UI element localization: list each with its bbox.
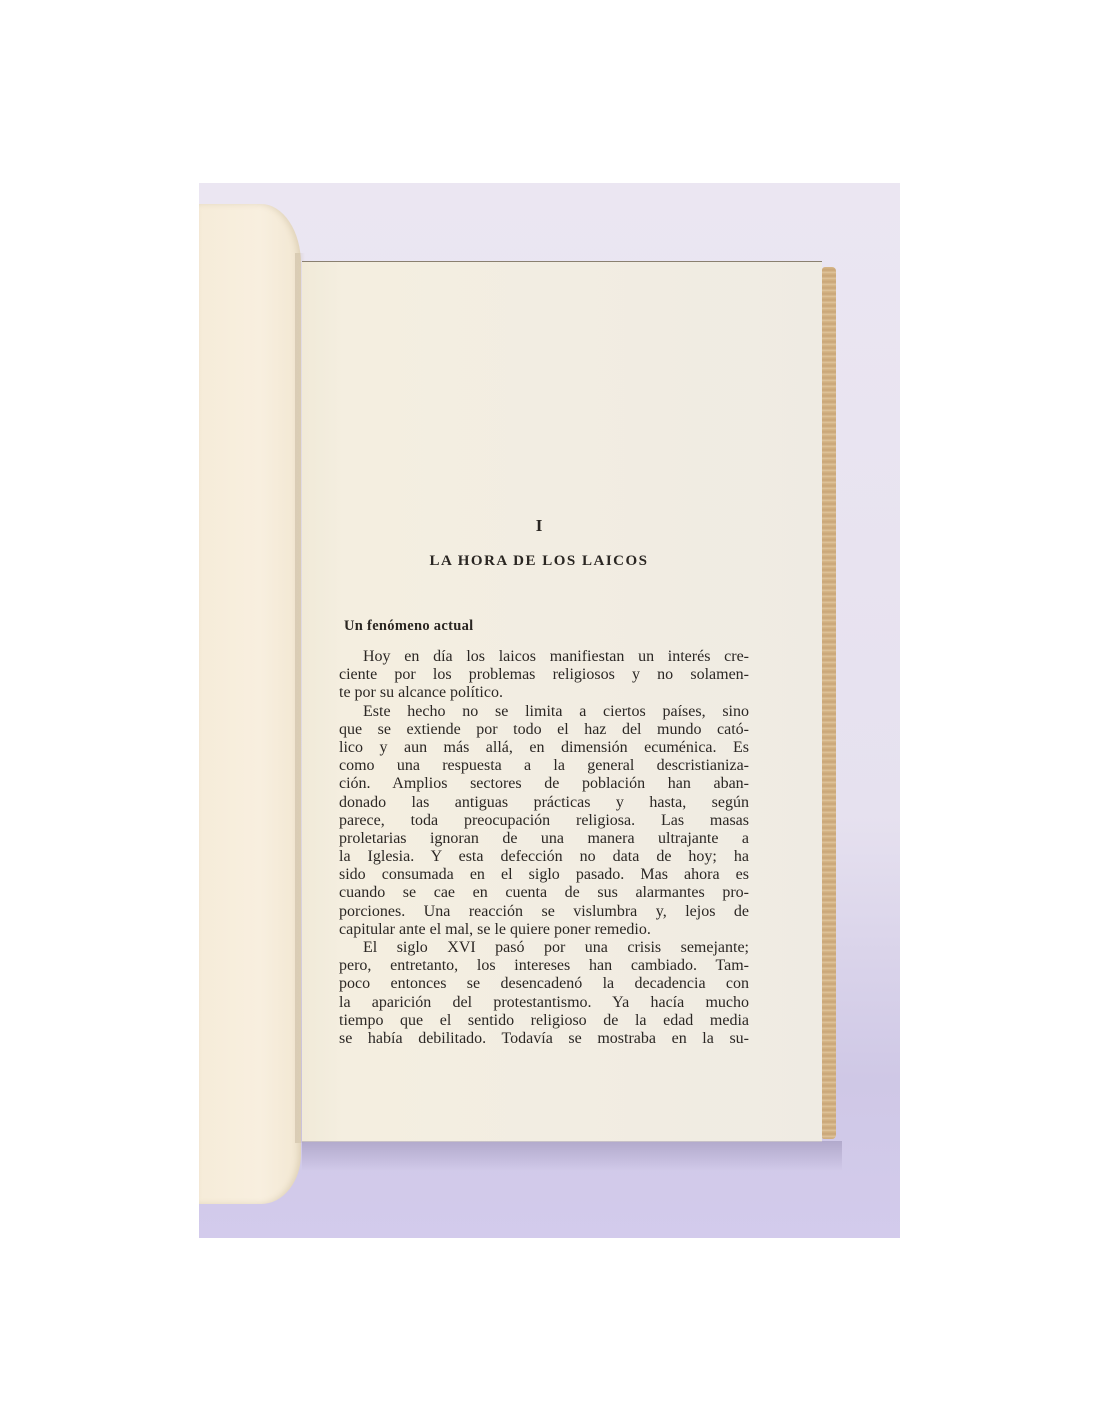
text-line: la Iglesia. Y esta defección no data de … bbox=[339, 848, 749, 866]
book-photo: I LA HORA DE LOS LAICOS Un fenómeno actu… bbox=[199, 183, 900, 1238]
text-line: capitular ante el mal, se le quiere pone… bbox=[339, 921, 749, 939]
text-line: lico y aun más allá, en dimensión ecumén… bbox=[339, 739, 749, 757]
text-line: ción. Amplios sectores de población han … bbox=[339, 775, 749, 793]
text-line: que se extiende por todo el haz del mund… bbox=[339, 721, 749, 739]
text-line: pero, entretanto, los intereses han camb… bbox=[339, 957, 749, 975]
text-line: tiempo que el sentido religioso de la ed… bbox=[339, 1012, 749, 1030]
text-line: El siglo XVI pasó por una crisis semejan… bbox=[339, 939, 749, 957]
text-line: Hoy en día los laicos manifiestan un int… bbox=[339, 648, 749, 666]
text-line: proletarias ignoran de una manera ultraj… bbox=[339, 830, 749, 848]
page-shadow bbox=[302, 1141, 842, 1171]
text-line: ciente por los problemas religiosos y no… bbox=[339, 666, 749, 684]
text-line: la aparición del protestantismo. Ya hací… bbox=[339, 994, 749, 1012]
text-line: Este hecho no se limita a ciertos países… bbox=[339, 703, 749, 721]
text-line: cuando se cae en cuenta de sus alarmante… bbox=[339, 884, 749, 902]
text-line: porciones. Una reacción se vislumbra y, … bbox=[339, 903, 749, 921]
text-line: como una respuesta a la general descrist… bbox=[339, 757, 749, 775]
chapter-number: I bbox=[329, 516, 749, 536]
text-line: te por su alcance político. bbox=[339, 684, 749, 702]
body-text: Hoy en día los laicos manifiestan un int… bbox=[339, 648, 749, 1048]
left-page bbox=[199, 204, 301, 1204]
text-line: poco entonces se desencadenó la decadenc… bbox=[339, 975, 749, 993]
text-line: sido consumada en el siglo pasado. Mas a… bbox=[339, 866, 749, 884]
section-title: Un fenómeno actual bbox=[344, 618, 473, 635]
text-line: donado las antiguas prácticas y hasta, s… bbox=[339, 794, 749, 812]
text-line: parece, toda preocupación religiosa. Las… bbox=[339, 812, 749, 830]
text-line: se había debilitado. Todavía se mostraba… bbox=[339, 1030, 749, 1048]
page-edge bbox=[822, 267, 836, 1139]
chapter-title: LA HORA DE LOS LAICOS bbox=[329, 553, 749, 570]
